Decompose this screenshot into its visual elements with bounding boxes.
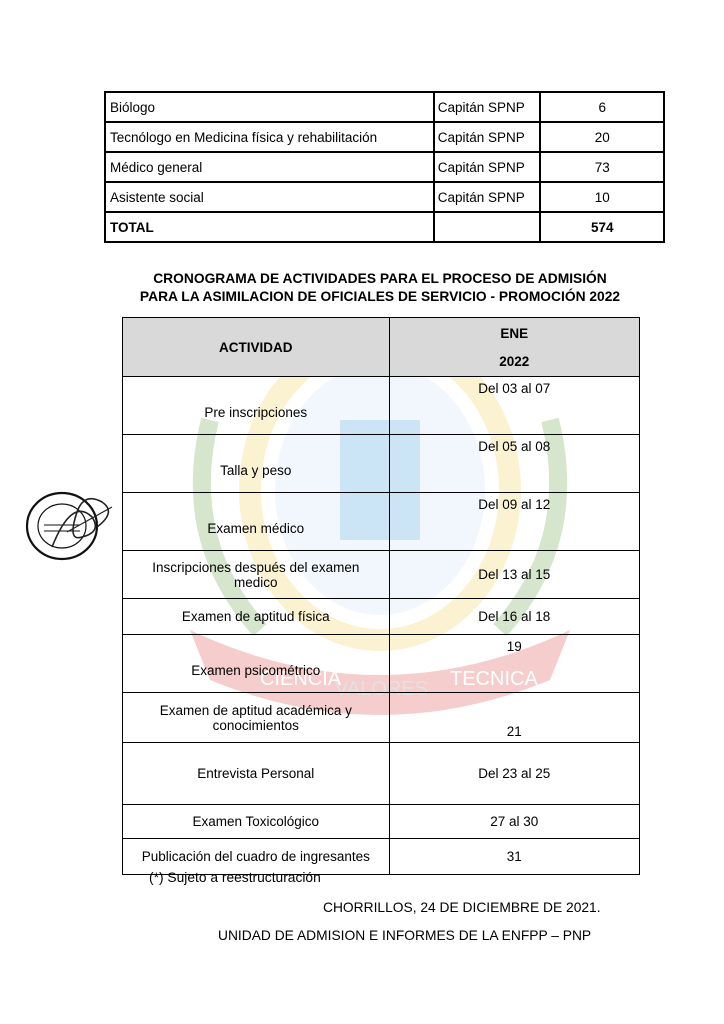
activity-cell: Examen psicométrico bbox=[123, 635, 390, 693]
date-cell: Del 23 al 25 bbox=[389, 743, 639, 805]
total-label: TOTAL bbox=[105, 212, 434, 242]
date-cell: Del 03 al 07 bbox=[389, 377, 639, 435]
table-row: Pre inscripciones Del 03 al 07 bbox=[123, 377, 640, 435]
table-row: Médico general Capitán SPNP 73 bbox=[105, 152, 664, 182]
activity-cell: Examen Toxicológico bbox=[123, 805, 390, 839]
activity-cell: Talla y peso bbox=[123, 435, 390, 493]
issuing-unit: UNIDAD DE ADMISION E INFORMES DE LA ENFP… bbox=[218, 928, 591, 943]
schedule-title: CRONOGRAMA DE ACTIVIDADES PARA EL PROCES… bbox=[90, 270, 670, 306]
count-cell: 73 bbox=[540, 152, 664, 182]
official-stamp-icon bbox=[22, 487, 122, 565]
activity-cell: Entrevista Personal bbox=[123, 743, 390, 805]
activity-cell: Examen de aptitud académica y conocimien… bbox=[123, 693, 390, 743]
table-row: Tecnólogo en Medicina física y rehabilit… bbox=[105, 122, 664, 152]
title-line-1: CRONOGRAMA DE ACTIVIDADES PARA EL PROCES… bbox=[90, 270, 670, 288]
date-cell: Del 13 al 15 bbox=[389, 551, 639, 599]
date-cell: Del 16 al 18 bbox=[389, 599, 639, 635]
month-label: ENE bbox=[390, 320, 639, 348]
table-row: Examen médico Del 09 al 12 bbox=[123, 493, 640, 551]
total-row: TOTAL 574 bbox=[105, 212, 664, 242]
role-cell: Asistente social bbox=[105, 182, 434, 212]
title-line-2: PARA LA ASIMILACION DE OFICIALES DE SERV… bbox=[90, 288, 670, 306]
month-header: ENE 2022 bbox=[389, 318, 639, 377]
schedule-table: ACTIVIDAD ENE 2022 Pre inscripciones Del… bbox=[122, 317, 640, 875]
table-row: Inscripciones después del examen medico … bbox=[123, 551, 640, 599]
rank-cell: Capitán SPNP bbox=[434, 152, 541, 182]
schedule-header-row: ACTIVIDAD ENE 2022 bbox=[123, 318, 640, 377]
date-cell: 19 bbox=[389, 635, 639, 693]
total-rank-cell bbox=[434, 212, 541, 242]
count-cell: 20 bbox=[540, 122, 664, 152]
activity-header: ACTIVIDAD bbox=[123, 318, 390, 377]
date-cell: Del 05 al 08 bbox=[389, 435, 639, 493]
table-row: Entrevista Personal Del 23 al 25 bbox=[123, 743, 640, 805]
role-cell: Tecnólogo en Medicina física y rehabilit… bbox=[105, 122, 434, 152]
place-date: CHORRILLOS, 24 DE DICIEMBRE DE 2021. bbox=[323, 900, 601, 915]
table-row: Examen de aptitud física Del 16 al 18 bbox=[123, 599, 640, 635]
table-row: Talla y peso Del 05 al 08 bbox=[123, 435, 640, 493]
table-row: Examen de aptitud académica y conocimien… bbox=[123, 693, 640, 743]
date-cell: Del 09 al 12 bbox=[389, 493, 639, 551]
rank-cell: Capitán SPNP bbox=[434, 92, 541, 122]
year-label: 2022 bbox=[390, 348, 639, 376]
role-cell: Biólogo bbox=[105, 92, 434, 122]
activity-cell: Inscripciones después del examen medico bbox=[123, 551, 390, 599]
restructuring-note: (*) Sujeto a reestructuración bbox=[149, 870, 321, 885]
positions-table: Biólogo Capitán SPNP 6 Tecnólogo en Medi… bbox=[104, 91, 665, 243]
count-cell: 10 bbox=[540, 182, 664, 212]
table-row: Examen psicométrico 19 bbox=[123, 635, 640, 693]
count-cell: 6 bbox=[540, 92, 664, 122]
date-cell: 21 bbox=[389, 693, 639, 743]
date-cell: 27 al 30 bbox=[389, 805, 639, 839]
activity-cell: Examen de aptitud física bbox=[123, 599, 390, 635]
table-row: Asistente social Capitán SPNP 10 bbox=[105, 182, 664, 212]
role-cell: Médico general bbox=[105, 152, 434, 182]
activity-cell: Pre inscripciones bbox=[123, 377, 390, 435]
total-count: 574 bbox=[540, 212, 664, 242]
rank-cell: Capitán SPNP bbox=[434, 182, 541, 212]
table-row: Examen Toxicológico 27 al 30 bbox=[123, 805, 640, 839]
table-row: Biólogo Capitán SPNP 6 bbox=[105, 92, 664, 122]
activity-cell: Examen médico bbox=[123, 493, 390, 551]
date-cell: 31 bbox=[389, 839, 639, 875]
rank-cell: Capitán SPNP bbox=[434, 122, 541, 152]
